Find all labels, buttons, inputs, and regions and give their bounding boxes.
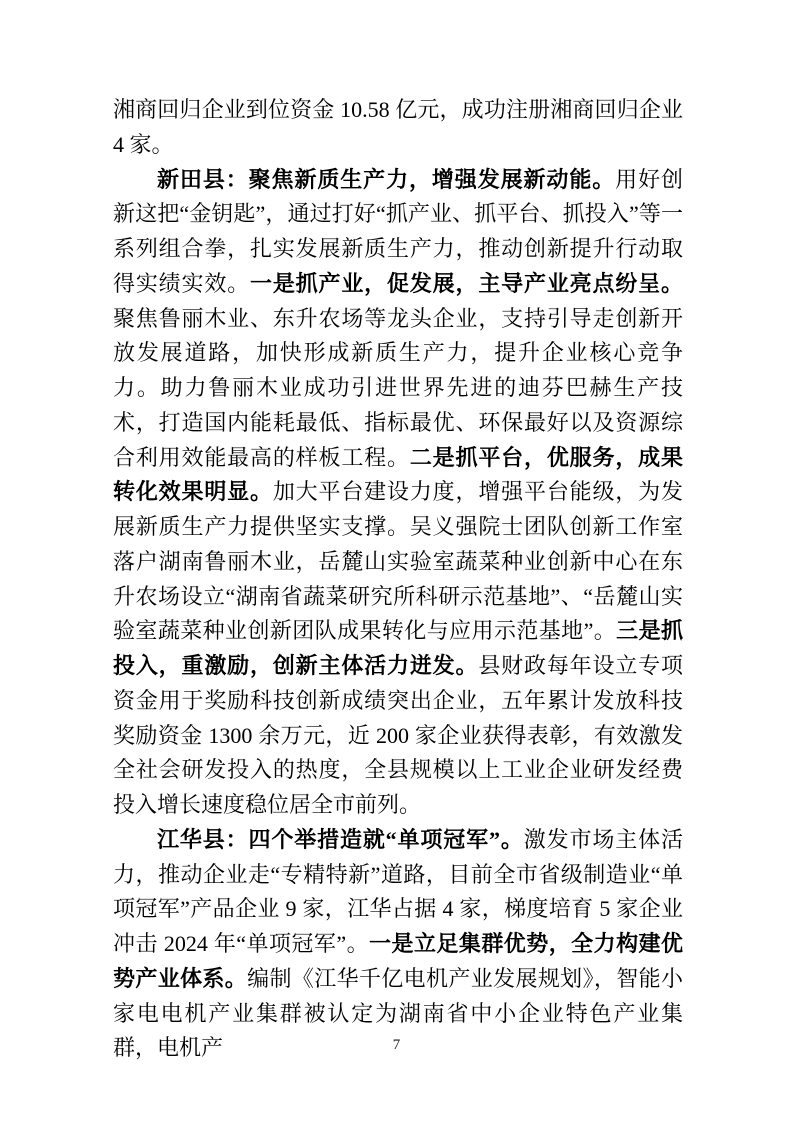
bold-text-run: 一是抓产业，促发展，主导产业亮点纷呈。 [250,271,683,296]
document-body: 湘商回归企业到位资金 10.58 亿元，成功注册湘商回归企业 4 家。新田县：聚… [113,93,683,1066]
paragraph: 新田县：聚焦新质生产力，增强发展新动能。用好创新这把“金钥匙”，通过打好“抓产业… [113,163,683,823]
text-run: 湘商回归企业到位资金 10.58 亿元，成功注册湘商回归企业 4 家。 [113,97,683,157]
page-footer: 7 [0,1036,793,1054]
document-page: 湘商回归企业到位资金 10.58 亿元，成功注册湘商回归企业 4 家。新田县：聚… [0,0,793,1122]
paragraph: 江华县：四个举措造就“单项冠军”。激发市场主体活力，推动企业走“专精特新”道路，… [113,823,683,1066]
bold-text-run: 新田县：聚焦新质生产力，增强发展新动能。 [157,167,615,192]
page-number: 7 [393,1037,401,1053]
bold-text-run: 江华县：四个举措造就“单项冠军”。 [157,827,524,852]
paragraph: 湘商回归企业到位资金 10.58 亿元，成功注册湘商回归企业 4 家。 [113,93,683,163]
